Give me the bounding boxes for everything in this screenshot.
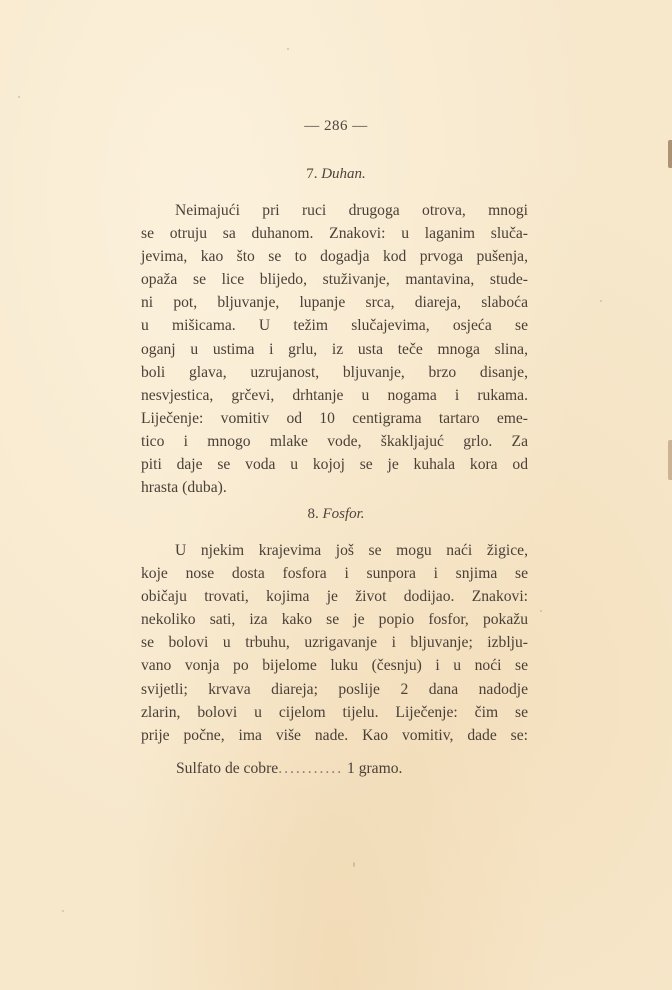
section-heading-duhan: 7. Duhan. [0,166,672,183]
recipe-line: Sulfato de cobre........... 1 gramo. [176,760,402,778]
text-line: se otruju sa duhanom. Znakovi: u laganim… [141,222,528,245]
text-line: u mišicama. U težim slučajevima, osjeća … [141,314,528,337]
text-line: nesvjestica, grčevi, drhtanje u nogama i… [141,384,528,407]
text-line: prije počne, ima više nade. Kao vomitiv,… [141,724,528,747]
section-title: Duhan. [321,166,366,182]
scanned-book-page: — 286 — 7. Duhan. Neimajući pri ruci dru… [0,0,672,990]
text-line: ni pot, bljuvanje, lupanje srca, diareja… [141,291,528,314]
paper-speck [287,48,289,50]
paper-speck [540,610,542,612]
section-title: Fosfor. [322,506,364,522]
section-body-duhan: Neimajući pri ruci drugoga otrova, mnogi… [141,199,528,499]
paper-speck [62,910,64,912]
text-line: koje nose dosta fosfora i sunpora i snji… [141,562,528,585]
page-edge-mark [668,140,672,168]
text-line: opaža se lice blijedo, stuživanje, manta… [141,268,528,291]
section-number: 7. [306,166,317,182]
text-line: oganj u ustima i grlu, iz usta teče mnog… [141,338,528,361]
section-number: 8. [307,506,318,522]
text-line: običaju trovati, kojima je život dodijao… [141,585,528,608]
text-line: Neimajući pri ruci drugoga otrova, mnogi [141,199,528,222]
recipe-leader-dots: ........... [278,760,343,777]
page-number: — 286 — [0,118,672,135]
section-body-fosfor: U njekim krajevima još se mogu naći žigi… [141,539,528,747]
page-edge-mark [668,440,672,480]
recipe-amount: 1 gramo. [347,760,402,777]
text-line: nekoliko sati, iza kako se je popio fosf… [141,608,528,631]
paper-speck [600,300,602,302]
text-line: svijetli; krvava diareja; poslije 2 dana… [141,678,528,701]
text-line: se bolovi u trbuhu, uzrigavanje i bljuva… [141,631,528,654]
text-line: vano vonja po bijelome luku (česnju) i u… [141,654,528,677]
text-line: zlarin, bolovi u cijelom tijelu. Liječen… [141,701,528,724]
text-line: U njekim krajevima još se mogu naći žigi… [141,539,528,562]
text-line: jevima, kao što se to dogadja kod prvoga… [141,245,528,268]
section-heading-fosfor: 8. Fosfor. [0,506,672,523]
paper-speck [18,96,20,98]
text-line: tico i mnogo mlake vode, škakljajuć grlo… [141,430,528,453]
text-line: hrasta (duba). [141,476,528,499]
text-line: Liječenje: vomitiv od 10 centigrama tart… [141,407,528,430]
text-line: boli glava, uzrujanost, bljuvanje, brzo … [141,361,528,384]
text-line: piti daje se voda u kojoj se je kuhala k… [141,453,528,476]
recipe-item: Sulfato de cobre [176,760,278,777]
paper-speck [353,862,355,867]
